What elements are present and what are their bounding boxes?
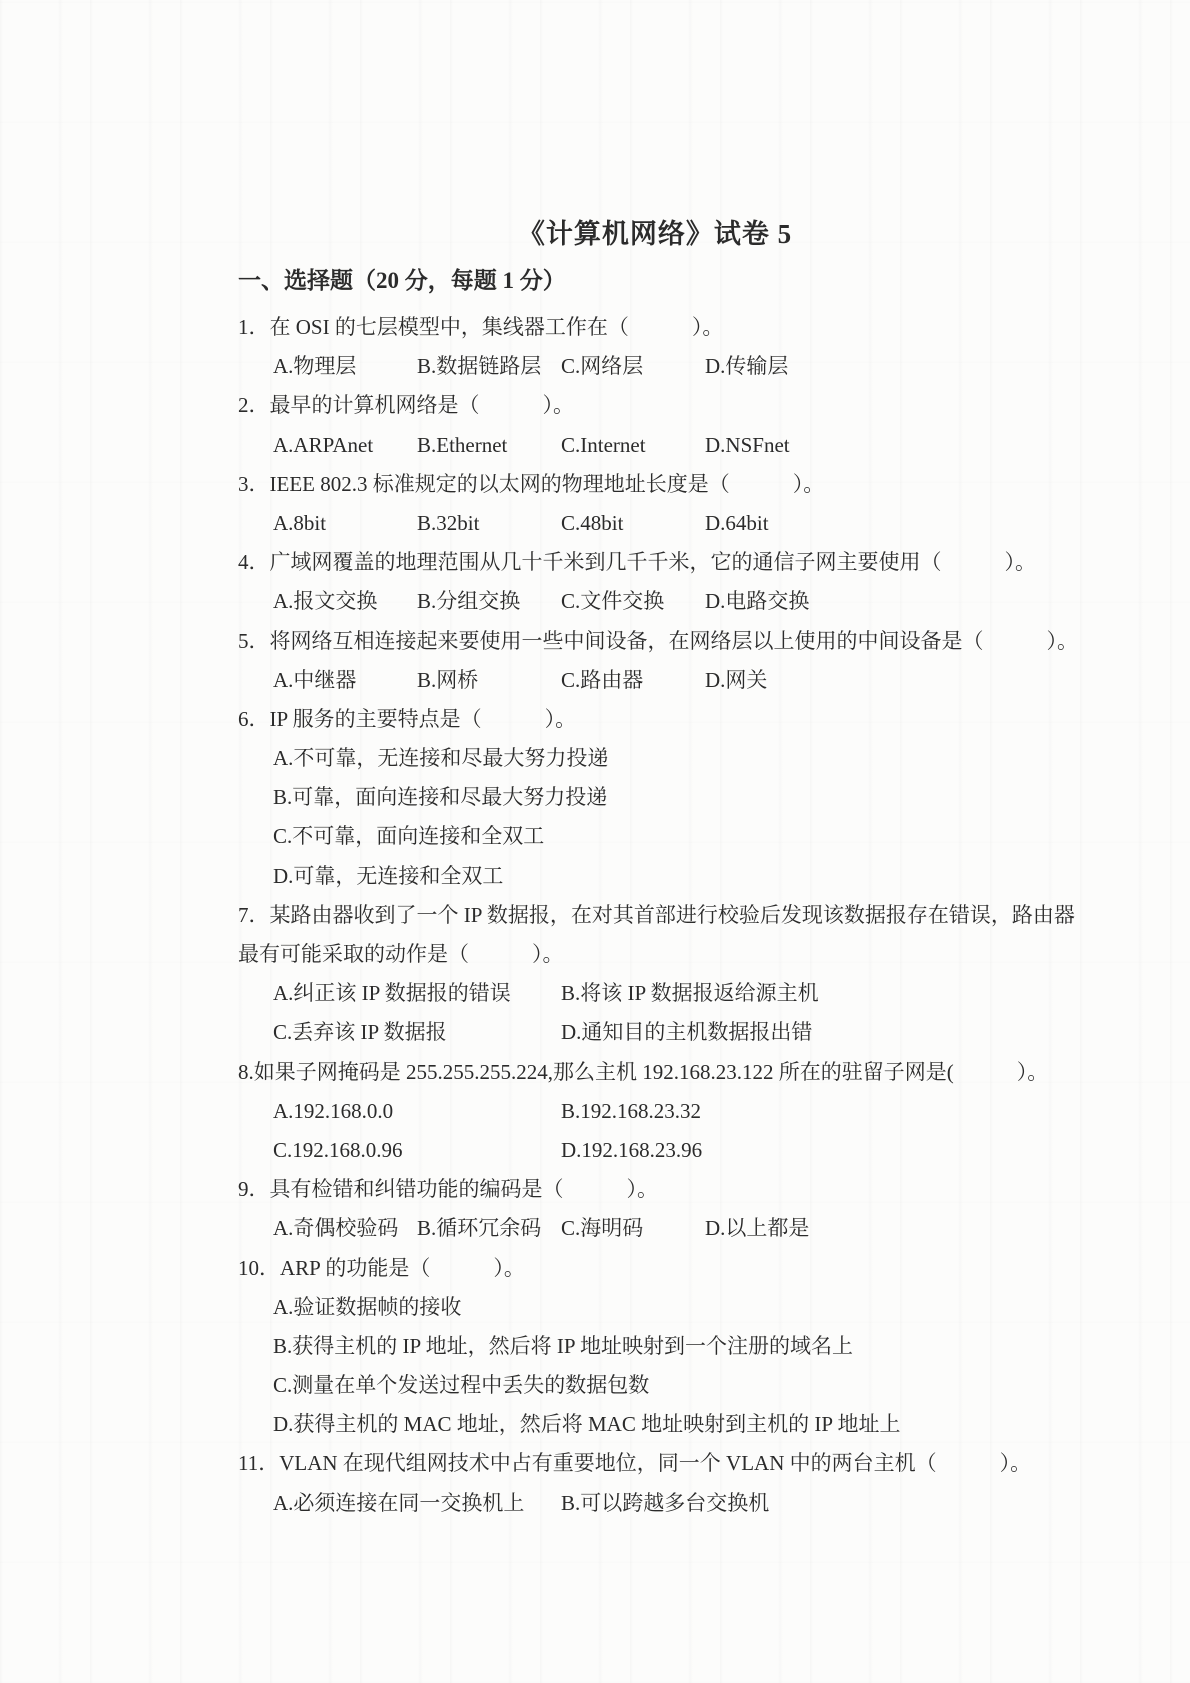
- question-8: 8.如果子网掩码是 255.255.255.224,那么主机 192.168.2…: [0, 1053, 1190, 1171]
- question-8-options-row-1: A.192.168.0.0B.192.168.23.32: [273, 1092, 1190, 1131]
- question-10-options-row-4: D.获得主机的 MAC 地址，然后将 MAC 地址映射到主机的 IP 地址上: [273, 1405, 1190, 1444]
- option-d: D.以上都是: [705, 1209, 849, 1248]
- question-6-options-row-4: D.可靠，无连接和全双工: [273, 857, 1190, 896]
- question-4: 4．广域网覆盖的地理范围从几十千米到几千千米，它的通信子网主要使用（ ）。A.报…: [0, 543, 1190, 621]
- option-b: B.将该 IP 数据报返给源主机: [561, 974, 849, 1013]
- question-10-options-row-2: B.获得主机的 IP 地址，然后将 IP 地址映射到一个注册的域名上: [273, 1327, 1190, 1366]
- option-a: A.纠正该 IP 数据报的错误: [273, 974, 561, 1013]
- question-6-options-row-2: B.可靠，面向连接和尽最大努力投递: [273, 778, 1190, 817]
- option-d: D.NSFnet: [705, 426, 849, 465]
- question-10-options-row-1: A.验证数据帧的接收: [273, 1288, 1190, 1327]
- question-7: 7．某路由器收到了一个 IP 数据报，在对其首部进行校验后发现该数据报存在错误，…: [0, 896, 1190, 1053]
- section-heading: 一、选择题（20 分，每题 1 分）: [238, 262, 566, 295]
- option-d: D.网关: [705, 661, 849, 700]
- option-b: B.网桥: [417, 661, 561, 700]
- question-11: 11．VLAN 在现代组网技术中占有重要地位，同一个 VLAN 中的两台主机（ …: [0, 1444, 1190, 1522]
- option-a: A.不可靠，无连接和尽最大努力投递: [273, 739, 1190, 778]
- option-d: D.获得主机的 MAC 地址，然后将 MAC 地址映射到主机的 IP 地址上: [273, 1405, 1190, 1444]
- question-11-options-row-1: A.必须连接在同一交换机上B.可以跨越多台交换机: [273, 1484, 1190, 1523]
- option-d: D.192.168.23.96: [561, 1131, 849, 1170]
- question-1: 1．在 OSI 的七层模型中，集线器工作在（ ）。A.物理层B.数据链路层C.网…: [0, 308, 1190, 386]
- option-b: B.Ethernet: [417, 426, 561, 465]
- question-5: 5．将网络互相连接起来要使用一些中间设备，在网络层以上使用的中间设备是（ ）。A…: [0, 622, 1190, 700]
- option-a: A.中继器: [273, 661, 417, 700]
- option-a: A.192.168.0.0: [273, 1092, 561, 1131]
- option-c: C.网络层: [561, 347, 705, 386]
- question-1-text: 1．在 OSI 的七层模型中，集线器工作在（ ）。: [238, 308, 1190, 347]
- question-9: 9．具有检错和纠错功能的编码是（ ）。A.奇偶校验码B.循环冗余码C.海明码D.…: [0, 1170, 1190, 1248]
- question-4-options-row-1: A.报文交换B.分组交换C.文件交换D.电路交换: [273, 582, 1190, 621]
- option-d: D.通知目的主机数据报出错: [561, 1013, 849, 1052]
- question-8-options-row-2: C.192.168.0.96D.192.168.23.96: [273, 1131, 1190, 1170]
- option-c: C.海明码: [561, 1209, 705, 1248]
- option-c: C.文件交换: [561, 582, 705, 621]
- option-c: C.48bit: [561, 504, 705, 543]
- option-c: C.测量在单个发送过程中丢失的数据包数: [273, 1366, 1190, 1405]
- question-5-text: 5．将网络互相连接起来要使用一些中间设备，在网络层以上使用的中间设备是（ ）。: [238, 622, 1190, 661]
- option-b: B.可靠，面向连接和尽最大努力投递: [273, 778, 1190, 817]
- question-7-text-cont: 最有可能采取的动作是（ ）。: [238, 935, 1190, 974]
- option-b: B.循环冗余码: [417, 1209, 561, 1248]
- question-7-options-row-1: A.纠正该 IP 数据报的错误B.将该 IP 数据报返给源主机: [273, 974, 1190, 1013]
- option-c: C.路由器: [561, 661, 705, 700]
- question-1-options-row-1: A.物理层B.数据链路层C.网络层D.传输层: [273, 347, 1190, 386]
- option-b: B.获得主机的 IP 地址，然后将 IP 地址映射到一个注册的域名上: [273, 1327, 1190, 1366]
- option-a: A.必须连接在同一交换机上: [273, 1484, 561, 1523]
- question-10: 10．ARP 的功能是（ ）。A.验证数据帧的接收B.获得主机的 IP 地址，然…: [0, 1249, 1190, 1445]
- option-d: D.传输层: [705, 347, 849, 386]
- option-b: B.192.168.23.32: [561, 1092, 849, 1131]
- question-7-text: 7．某路由器收到了一个 IP 数据报，在对其首部进行校验后发现该数据报存在错误，…: [238, 896, 1190, 935]
- question-7-options-row-2: C.丢弃该 IP 数据报D.通知目的主机数据报出错: [273, 1013, 1190, 1052]
- question-6: 6．IP 服务的主要特点是（ ）。A.不可靠，无连接和尽最大努力投递B.可靠，面…: [0, 700, 1190, 896]
- question-2-options-row-1: A.ARPAnetB.EthernetC.InternetD.NSFnet: [273, 426, 1190, 465]
- question-9-options-row-1: A.奇偶校验码B.循环冗余码C.海明码D.以上都是: [273, 1209, 1190, 1248]
- question-6-options-row-1: A.不可靠，无连接和尽最大努力投递: [273, 739, 1190, 778]
- question-3: 3．IEEE 802.3 标准规定的以太网的物理地址长度是（ ）。A.8bitB…: [0, 465, 1190, 543]
- question-list: 1．在 OSI 的七层模型中，集线器工作在（ ）。A.物理层B.数据链路层C.网…: [0, 308, 1190, 1523]
- option-d: D.电路交换: [705, 582, 849, 621]
- option-c: C.192.168.0.96: [273, 1131, 561, 1170]
- question-10-text: 10．ARP 的功能是（ ）。: [238, 1249, 1190, 1288]
- option-c: C.丢弃该 IP 数据报: [273, 1013, 561, 1052]
- option-a: A.物理层: [273, 347, 417, 386]
- option-a: A.8bit: [273, 504, 417, 543]
- question-6-options-row-3: C.不可靠，面向连接和全双工: [273, 817, 1190, 856]
- question-5-options-row-1: A.中继器B.网桥C.路由器D.网关: [273, 661, 1190, 700]
- option-a: A.奇偶校验码: [273, 1209, 417, 1248]
- question-3-text: 3．IEEE 802.3 标准规定的以太网的物理地址长度是（ ）。: [238, 465, 1190, 504]
- option-b: B.32bit: [417, 504, 561, 543]
- page-title: 《计算机网络》试卷 5: [120, 212, 1190, 251]
- option-a: A.ARPAnet: [273, 426, 417, 465]
- option-c: C.Internet: [561, 426, 705, 465]
- option-a: A.验证数据帧的接收: [273, 1288, 1190, 1327]
- option-a: A.报文交换: [273, 582, 417, 621]
- question-8-text: 8.如果子网掩码是 255.255.255.224,那么主机 192.168.2…: [238, 1053, 1190, 1092]
- question-11-text: 11．VLAN 在现代组网技术中占有重要地位，同一个 VLAN 中的两台主机（ …: [238, 1444, 1190, 1483]
- scanned-exam-document: 《计算机网络》试卷 5 一、选择题（20 分，每题 1 分） 1．在 OSI 的…: [0, 0, 1190, 1683]
- option-b: B.可以跨越多台交换机: [561, 1484, 849, 1523]
- question-10-options-row-3: C.测量在单个发送过程中丢失的数据包数: [273, 1366, 1190, 1405]
- question-4-text: 4．广域网覆盖的地理范围从几十千米到几千千米，它的通信子网主要使用（ ）。: [238, 543, 1190, 582]
- option-b: B.数据链路层: [417, 347, 561, 386]
- question-9-text: 9．具有检错和纠错功能的编码是（ ）。: [238, 1170, 1190, 1209]
- question-2-text: 2．最早的计算机网络是（ ）。: [238, 386, 1190, 425]
- option-d: D.64bit: [705, 504, 849, 543]
- option-d: D.可靠，无连接和全双工: [273, 857, 1190, 896]
- option-c: C.不可靠，面向连接和全双工: [273, 817, 1190, 856]
- question-3-options-row-1: A.8bitB.32bitC.48bitD.64bit: [273, 504, 1190, 543]
- question-2: 2．最早的计算机网络是（ ）。A.ARPAnetB.EthernetC.Inte…: [0, 386, 1190, 464]
- question-6-text: 6．IP 服务的主要特点是（ ）。: [238, 700, 1190, 739]
- option-b: B.分组交换: [417, 582, 561, 621]
